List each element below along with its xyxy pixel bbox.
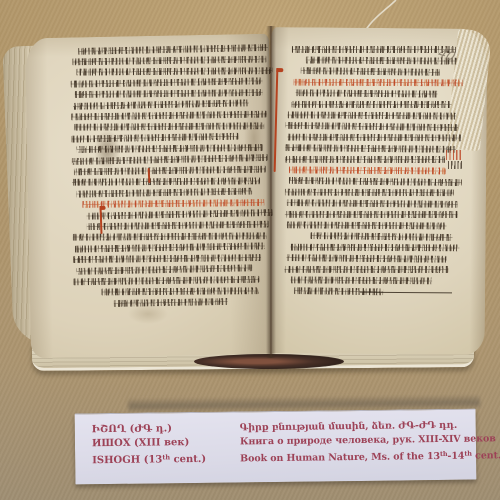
superscript-th: th [464,450,472,458]
label-english-title: Book on Human Nature, Ms. of the 13th-14… [240,446,500,463]
manuscript-text-line [102,287,259,295]
manuscript-text-line [285,189,454,197]
label-english-name: ISHOGH (13th cent.) [92,449,240,465]
manuscript-text-line [306,57,457,65]
manuscript-text-line [296,89,438,97]
manuscript-text-line [287,111,456,119]
label-left-column: ԻՇՈՂ (ԺԳ դ.) ИШОХ (XIII век) ISHOGH (13t… [75,412,241,465]
manuscript-text-line [72,56,266,66]
manuscript-text-line [294,79,463,87]
manuscript-text-line [71,77,263,87]
manuscript-text-line [76,67,272,76]
manuscript-text-line [72,177,260,185]
manuscript-text-line [291,101,451,108]
manuscript-text-line [287,199,458,208]
manuscript-text-line [73,276,259,286]
right-page-text-block [284,45,464,302]
museum-exhibit-photo: 40 ԻՇՈՂ (ԺԳ դ.) ИШОХ (XIII век) ISHOGH (… [0,0,500,500]
manuscript-text-line [114,298,228,307]
manuscript-text-line [71,111,267,121]
label-right-column: Գիրք բնության մասին, ձեռ. ԺԳ-ԺԴ դդ. Книг… [240,409,500,463]
manuscript-text-line [75,242,265,252]
manuscript-text-line [74,122,264,130]
manuscript-text-line [77,144,263,153]
left-page-text-block [70,45,270,316]
black-margin-note [448,161,462,169]
manuscript-text-line [292,46,456,53]
exhibit-label-card: ԻՇՈՂ (ԺԳ դ.) ИШОХ (XIII век) ISHOGH (13t… [75,409,477,485]
manuscript-text-line [290,244,459,252]
manuscript-book: 40 [8,20,492,372]
manuscript-text-line [76,264,252,275]
manuscript-text-line [287,221,447,229]
manuscript-text-line [73,99,249,110]
manuscript-text-line [87,221,269,231]
manuscript-text-line [289,166,446,174]
manuscript-text-line [285,144,456,153]
manuscript-text-line [286,254,446,263]
manuscript-text-line [76,188,252,198]
manuscript-text-line [75,89,263,98]
manuscript-text-line [82,199,264,208]
manuscript-text-line [284,266,448,273]
superscript-th: th [162,453,170,461]
manuscript-text-line [289,177,462,186]
manuscript-text-line [73,254,261,263]
manuscript-text-line [285,211,458,218]
manuscript-text-line [311,232,453,241]
manuscript-text-line [74,166,266,176]
manuscript-text-line [86,209,272,220]
manuscript-text-line [287,134,461,142]
manuscript-text-line [71,133,238,143]
manuscript-text-line [285,156,445,163]
red-margin-note [446,150,462,160]
manuscript-text-line [285,122,458,131]
manuscript-text-line [72,154,268,165]
manuscript-text-line [301,67,440,76]
manuscript-text-line [290,276,432,284]
